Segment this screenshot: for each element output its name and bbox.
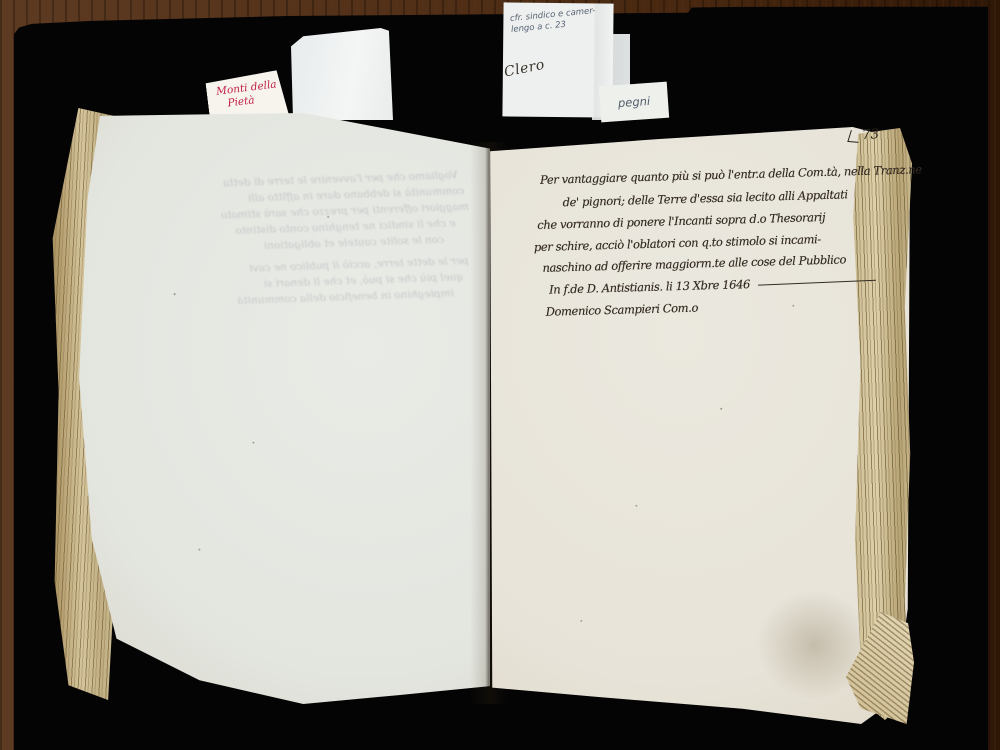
manuscript-line: de' pignori; delle Terre d'essa sia leci… — [562, 187, 847, 209]
reference-note-slip: cfr. sindico e camer- lengo a c. 23 Cler… — [502, 2, 613, 117]
bookmark-label-clero: Clero — [503, 57, 546, 81]
bookmark-pegni: pegni — [599, 82, 669, 123]
folio-bracket-mark — [847, 130, 862, 143]
manuscript-line: naschino ad offerire maggiorm.te alle co… — [542, 252, 846, 274]
folio-number: 73 — [849, 126, 880, 144]
manuscript-line: che vorranno di ponere l'Incanti sopra d… — [537, 210, 825, 232]
archival-manuscript-photo: Monti della Pietà cfr. sindico e camer- … — [0, 0, 1000, 750]
manuscript-line: per schire, acciò l'oblatori con q.to st… — [534, 232, 821, 254]
ink-bleedthrough-text: Vogliamo che per l'avvenire le terre di … — [168, 167, 473, 317]
folio-number-text: 73 — [862, 126, 880, 143]
pencil-note: cfr. sindico e camer- lengo a c. 23 — [510, 6, 597, 36]
bookmark-label-pegni: pegni — [617, 94, 650, 110]
manuscript-text-block: Per vantaggiare quanto più si può l'entr… — [516, 163, 916, 334]
manuscript-date-line: In f.de D. Antistianis. li 13 Xbre 1646 — [549, 274, 876, 297]
manuscript-signature-line: Domenico Scampieri Com.o — [546, 301, 699, 319]
blank-paper-slip — [291, 28, 393, 120]
